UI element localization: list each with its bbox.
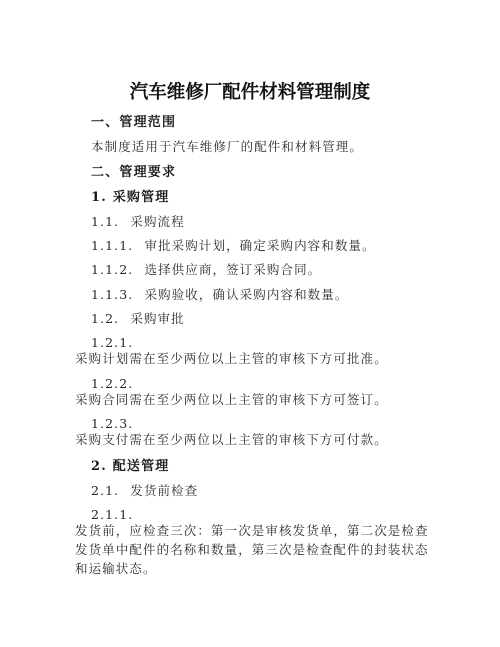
item-1-1-2: 1.1.2. 选择供应商，签订采购合同。 xyxy=(91,264,321,277)
item-1-2-3-text: 采购支付需在至少两位以上主管的审核下方可付款。 xyxy=(75,434,388,447)
subsection-heading-delivery: 2. 配送管理 xyxy=(91,460,170,473)
item-label: 采购流程 xyxy=(130,214,184,229)
item-1-2-2-text: 采购合同需在至少两位以上主管的审核下方可签订。 xyxy=(75,394,388,407)
item-number: 2.1. xyxy=(91,483,119,498)
subsection-heading-procurement: 1. 采购管理 xyxy=(91,191,170,204)
document-title: 汽车维修厂配件材料管理制度 xyxy=(0,84,500,103)
item-2-1: 2.1. 发货前检查 xyxy=(91,485,198,498)
item-1-2-2-number: 1.2.2. xyxy=(91,378,133,391)
item-1-2: 1.2. 采购审批 xyxy=(91,313,185,326)
item-1-2-3-number: 1.2.3. xyxy=(91,418,133,431)
document-page: 汽车维修厂配件材料管理制度 一、管理范围 本制度适用于汽车维修厂的配件和材料管理… xyxy=(0,0,500,647)
item-number: 1.1.3. xyxy=(91,287,133,302)
section-heading-requirements: 二、管理要求 xyxy=(91,166,176,179)
item-text: 选择供应商，签订采购合同。 xyxy=(144,262,321,277)
section-heading-scope: 一、管理范围 xyxy=(91,116,176,129)
item-number: 1.2. xyxy=(91,311,119,326)
item-1-1-1: 1.1.1. 审批采购计划，确定采购内容和数量。 xyxy=(91,240,376,253)
item-text: 采购验收，确认采购内容和数量。 xyxy=(144,287,348,302)
item-1-2-1-number: 1.2.1. xyxy=(91,337,133,350)
item-1-2-1-text: 采购计划需在至少两位以上主管的审核下方可批准。 xyxy=(75,353,388,366)
item-1-1: 1.1. 采购流程 xyxy=(91,216,185,229)
item-number: 1.1.1. xyxy=(91,238,133,253)
item-number: 1.1. xyxy=(91,214,119,229)
item-text: 审批采购计划，确定采购内容和数量。 xyxy=(144,238,375,253)
item-number: 1.1.2. xyxy=(91,262,133,277)
item-1-1-3: 1.1.3. 采购验收，确认采购内容和数量。 xyxy=(91,289,348,302)
item-2-1-1-number: 2.1.1. xyxy=(91,509,133,522)
item-label: 采购审批 xyxy=(130,311,184,326)
scope-body: 本制度适用于汽车维修厂的配件和材料管理。 xyxy=(91,141,363,154)
item-label: 发货前检查 xyxy=(130,483,198,498)
item-2-1-1-text: 发货前，应检查三次：第一次是审核发货单，第二次是检查发货单中配件的名称和数量，第… xyxy=(75,521,431,578)
